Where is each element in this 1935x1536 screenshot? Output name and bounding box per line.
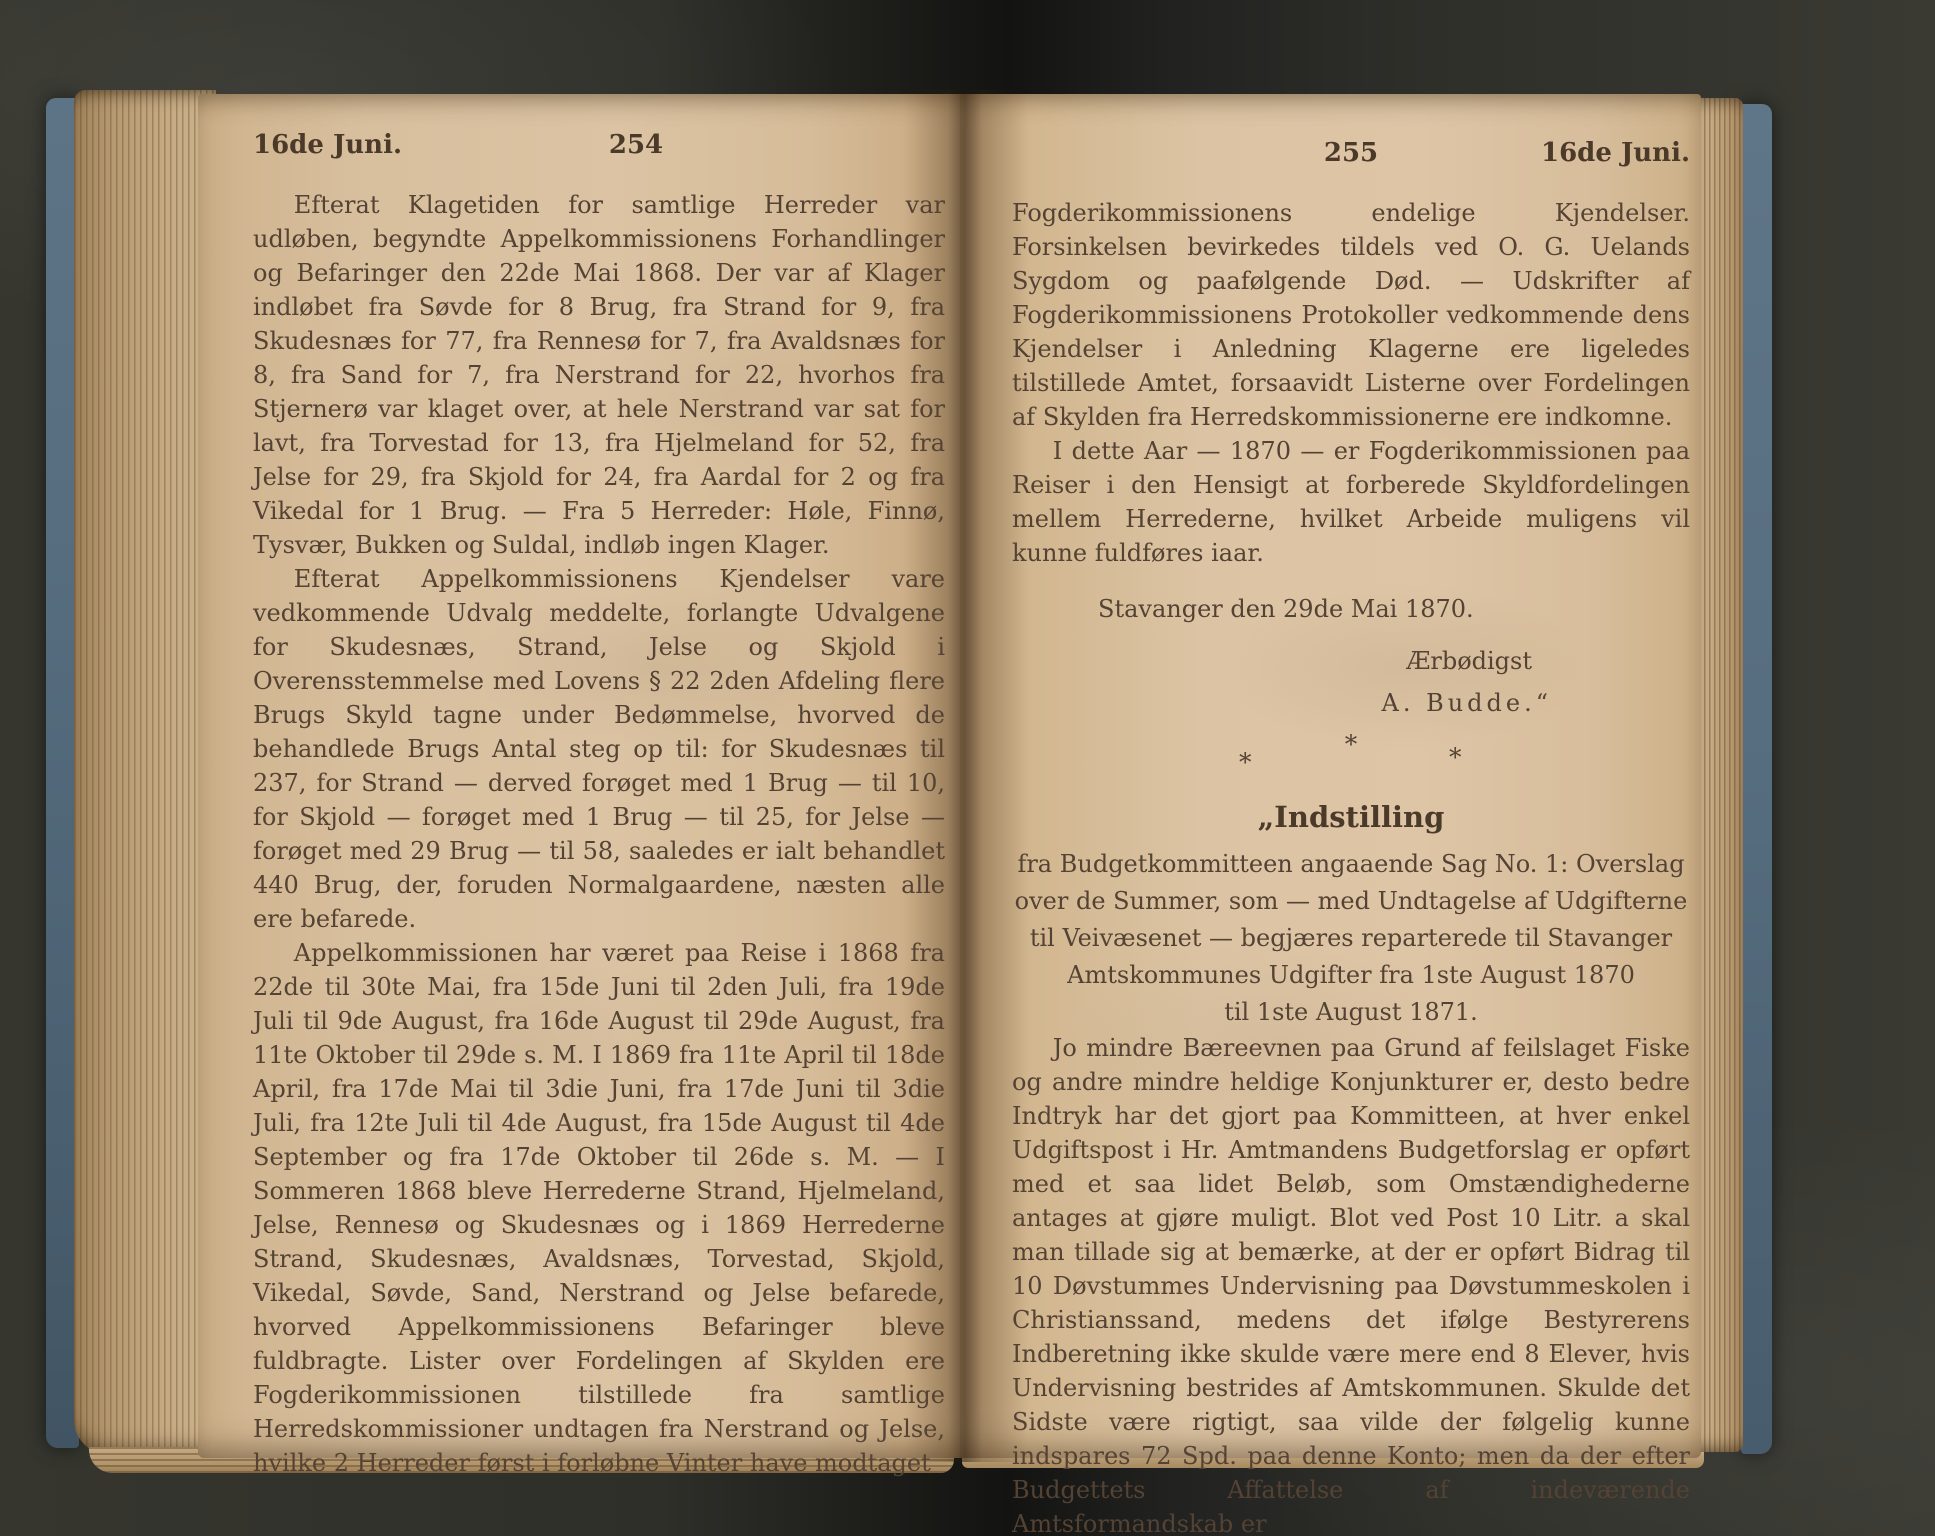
left-paragraph-2: Efterat Appelkommissionens Kjendelser va…: [253, 562, 945, 936]
heading-line-1: fra Budgetkommitteen angaaende Sag No. 1…: [1012, 846, 1690, 883]
right-paragraph-2: I dette Aar — 1870 — er Fogderikommissio…: [1012, 434, 1690, 570]
right-paragraph-1: Fogderikommissionens endelige Kjendelser…: [1012, 196, 1690, 434]
indstilling-heading-title: „Indstilling: [1012, 800, 1690, 834]
indstilling-heading-block: fra Budgetkommitteen angaaende Sag No. 1…: [1012, 846, 1690, 1031]
left-page-header: 16de Juni. 254: [253, 126, 945, 172]
book-photo-scene: 16de Juni. 254 Efterat Klagetiden for sa…: [0, 0, 1935, 1536]
signature-salutation: Ærbødigst: [1012, 644, 1690, 678]
heading-line-5: til 1ste August 1871.: [1012, 994, 1690, 1031]
heading-line-3: til Veivæsenet — begjæres reparterede ti…: [1012, 920, 1690, 957]
right-header-date: 16de Juni.: [1541, 136, 1690, 170]
right-page-content: 255 16de Juni. Fogderikommissionens ende…: [1012, 134, 1690, 1536]
asterisk-separator: * * *: [1012, 728, 1690, 790]
right-body-paragraph: Jo mindre Bæreevnen paa Grund af feilsla…: [1012, 1031, 1690, 1536]
signature-name: A. Budde.“: [1012, 686, 1690, 720]
left-page-content: 16de Juni. 254 Efterat Klagetiden for sa…: [253, 126, 945, 1480]
asterisk-glyph: *: [1345, 728, 1358, 762]
book-cover-edge-right: [1741, 104, 1772, 1454]
left-page-number: 254: [327, 128, 945, 162]
dateline: Stavanger den 29de Mai 1870.: [1012, 592, 1690, 626]
left-paragraph-1: Efterat Klagetiden for samtlige Herreder…: [253, 188, 945, 562]
heading-line-2: over de Summer, som — med Undtagelse af …: [1012, 883, 1690, 920]
page-stack-edge-left: [74, 90, 216, 1454]
page-stack-edge-right: [1699, 98, 1743, 1452]
left-paragraph-3: Appelkommissionen har været paa Reise i …: [253, 936, 945, 1480]
right-page-header: 255 16de Juni.: [1012, 134, 1690, 180]
heading-line-4: Amtskommunes Udgifter fra 1ste August 18…: [1012, 957, 1690, 994]
asterisk-glyph: *: [1239, 746, 1252, 780]
asterisk-glyph: *: [1449, 741, 1462, 775]
